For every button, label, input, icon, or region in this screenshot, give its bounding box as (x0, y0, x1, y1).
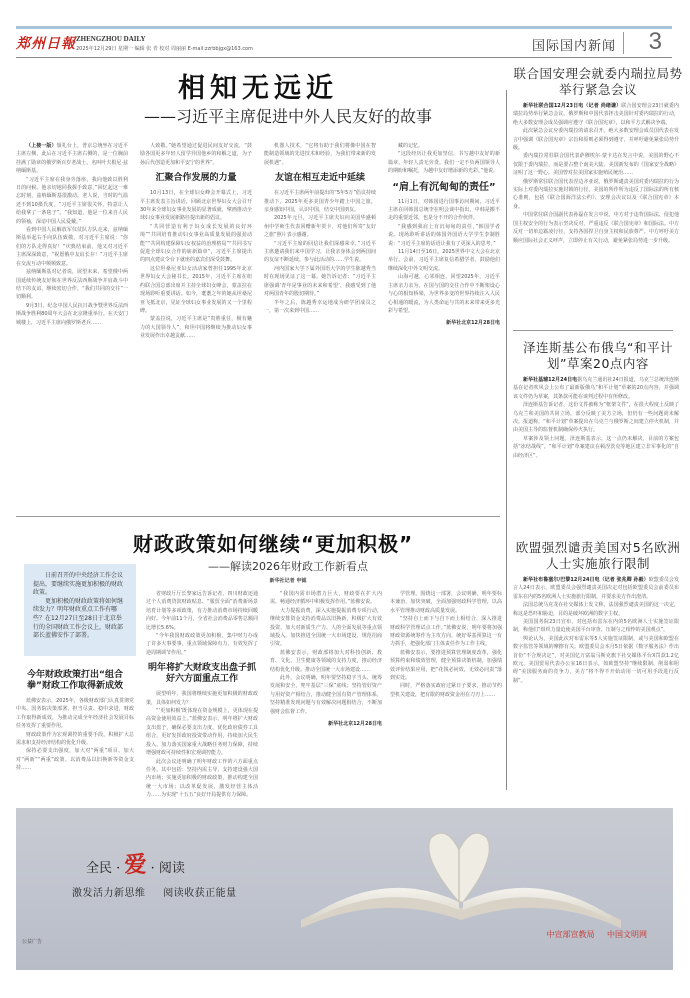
body-paragraph: 草案涉及领土问题。泽连斯基表示，这一点仍未解决，目前的方案包括“冻结战线”。“和… (513, 435, 679, 460)
paragraph-text: “坚持自上而下与自下而上相结合，深入推进财政科学管理试点工作。”蓝佛安说，明年要… (390, 616, 502, 647)
body-paragraph: 此次紧急会议应委内瑞拉的请求召开。绝大多数安理会成员国代表在发言中强调《联合国宪… (513, 127, 679, 152)
body-paragraph: 看到中国人民解放军仪仗队方队走来，兹纳缅斯基举起右手向队伍致敬，对习近平主席说：… (16, 226, 128, 268)
ad-slogan: 全民 · 爱 · 阅读 (86, 848, 185, 879)
eu-article-title[interactable]: 欧盟强烈谴责美国对5名欧洲人士实施旅行限制 (513, 540, 683, 572)
ad-slogan-left: 全民 (86, 861, 112, 876)
body-paragraph: 机器人技术，“它将有助于我们将像中国在智能制造领域的先进技术和经验，为我们带来新… (264, 142, 376, 167)
body-paragraph: 10月13日，在全球妇女峰会开幕式上，习近平主席发表主旨讲话，回顾北京世界妇女大… (140, 189, 252, 223)
body-paragraph: 此次会议还明确了明年财政工作的六方面重点任务。其中包括：坚持内需主导，支持建设强… (146, 758, 258, 800)
paragraph-text: 此外，会议明确，明年要坚持稳字当头、统筹发展和安全，兜牢基层“三保”底线；坚持管… (270, 675, 382, 715)
paragraph-text: 看到中国人民解放军仪仗队方队走来，兹纳缅斯基举起右手向队伍致敬，对习近平主席说：… (16, 227, 128, 267)
article2-column-4: 学管理。围绕这一部署，会议明确，明年要标本兼治，加快突破，全面加强财政科学管理，… (390, 590, 502, 800)
paragraph-text: 11月14日至16日，2025世界中文大会在北京举行。会前，习近平主席复信希腊学… (388, 249, 500, 272)
article1-column-2: 人致敬。”她希望通过促进民间友好交流，“鼓励各国更多年轻人留学异国他乡的和解之道… (140, 142, 252, 507)
paragraph-text: 中国常驻联合国副代表孙磊在发言中说，中方对于违背国际法、侵犯他国主权安全的行为表… (513, 212, 679, 243)
zelensky-article-title[interactable]: 泽连斯基公布俄乌“和平计划”草案20点内容 (513, 340, 683, 372)
body-paragraph: 委内瑞拉常驻联合国代表萨穆埃尔·蒙卡达在发言中说，美国的野心不仅限于委内瑞拉，而… (513, 152, 679, 177)
body-paragraph: 山海可越，心邻相连。回望2025年，习近平主席亲力亲为，在国与国的交往合作中不断… (388, 273, 500, 315)
body-paragraph: 大力提振消费，深入实施提振消费专项行动，继续安排资金支持消费品以旧换新，积极扩大… (270, 607, 382, 649)
body-paragraph: 蓝佛安表示，2025年，各级财政部门认真贯彻党中央、国务院决策部署，担当尽责、稳… (16, 697, 134, 731)
article1-column-4: 藏的记忆。“这段经历让我更加坚信，书写越中友好的新篇章，年轻人责无旁贷。我们一定… (388, 142, 500, 507)
paragraph-text: 10月13日，在全球妇女峰会开幕式上，习近平主席发表主旨讲话，回顾北京世界妇女大… (140, 190, 252, 221)
article2-column-2: 省财政厅厅长黎家远告诉记者，四川财政还通过个人消费贷款财政贴息、“服贸全面”消费… (146, 590, 258, 800)
paragraph-text: 展望明年，我国将继续实施更加积极的财政政策，具体如何发力？ (146, 691, 258, 705)
paragraph-text: 蓝佛安表示，要推进预算管理制度改革，强化预算约束和绩效管理，健全预算决策机制，加… (390, 650, 502, 681)
paragraph-text: 蒙盖拉说，习近平主席是“贵胜重任，极有魅力的大国领导人”，和坦中国将继续为推动妇… (140, 316, 252, 339)
section-subhead: “肩上有沉甸甸的责任” (388, 182, 500, 193)
newspaper-english-name: ZHENGZHOU DAILY (76, 35, 146, 43)
paragraph-text: 学管理。围绕这一部署，会议明确，明年要标本兼治，加快突破，全面加强财政科学管理，… (390, 591, 502, 614)
newspaper-page: 郑州日報 ZHENGZHOU DAILY 2025年12月29日 星期一 编辑 … (16, 0, 680, 998)
paragraph-text: 在习近平主席两年前提出的“5年5万”倡议持续推动下，2025年更多美国青少年踏上… (264, 190, 376, 213)
right-divider-1 (513, 330, 673, 331)
article1-column-1: （上接一版）颁礼台上，普京总统坐在习近平主席左侧，此后在习近平主席右侧的，是一位… (16, 142, 128, 507)
paragraph-text: 半年之后，陈越秀幸运地成为研学团成员之一，第一次来到中国…… (264, 300, 376, 314)
article2-title[interactable]: 财政政策如何继续“更加积极” (16, 528, 500, 557)
public-service-ad[interactable]: 全民 · 爱 · 阅读 激发活力新思维 阅读收获正能量 中宣部宣教局 (16, 808, 673, 970)
page-number: 3 (649, 28, 662, 56)
body-paragraph: “今年我国财政政策更加积极，集中财力办成了许多大事要事，重点领域保障有力，有效发… (146, 632, 258, 657)
section-subhead: 今年财政政策打出“组合拳”财政工作取得新成效 (16, 670, 134, 692)
paragraph-text: 此次紧急会议应委内瑞拉的请求召开。绝大多数安理会成员国代表在发言中强调《联合国宪… (513, 128, 679, 151)
paragraph-text: 俄罗斯常驻联合国代表涅边齐亚说，俄罗斯谴责美国对委内瑞拉的行为实际上对委内瑞拉实… (513, 179, 679, 210)
body-paragraph: 人致敬。”她希望通过促进民间友好交流，“鼓励各国更多年轻人留学异国他乡的和解之道… (140, 142, 252, 167)
paragraph-text: 11月1日，对韩国进行国事访问期间，习近平主席在回韩国总统李在明会谈中指出，中韩… (388, 199, 500, 222)
summary-paragraph: 更加积极的财政政策将如何继续发力？明年财政重点工作有哪些？在12月27日至28日… (33, 598, 127, 641)
body-paragraph: “坚持自上而下与自下而上相结合，深入推进财政科学管理试点工作。”蓝佛安说，明年要… (390, 615, 502, 649)
ad-sponsor-2: 中国文明网 (607, 930, 647, 939)
paragraph-text: 9月3日，纪念中国人民抗日战争暨世界反法西斯战争胜利80周年大会在北京隆重举行。… (16, 303, 128, 326)
body-paragraph: 蓝佛安表示，财政部将加大对科技创新、教育、文化、卫生健康等领域的支持力度，推动经… (270, 649, 382, 674)
masthead-top-rule (16, 26, 672, 29)
body-paragraph: 兹纳缅斯基对记者说，展望未来，希望俄中两国延续传统友好和在世界反法西斯战争并肩战… (16, 268, 128, 302)
section-name: 国际国内新闻 (532, 35, 616, 54)
body-paragraph: 蒙盖拉说，习近平主席是“贵胜重任，极有魅力的大国领导人”，和坦中国将继续为推动妇… (140, 315, 252, 340)
body-paragraph: 美国国务院23日宣布，对包括布雷东在内的5名欧洲人士实施签证限制，称他们“组织力… (513, 618, 679, 635)
paragraph-text: 此次会议还明确了明年财政工作的六方面重点任务。其中包括：坚持内需主导，支持建设强… (146, 759, 258, 799)
paragraph-text: 这位坦桑尼亚妇女活动家曾担任1995年北京世界妇女大会秘书长。2015年，习近平… (140, 266, 252, 314)
dateline-lead: 新华社基辅12月24日电 (523, 377, 577, 383)
paragraph-text: 蓝佛安表示，2025年，各级财政部门认真贯彻党中央、国务院决策部署，担当尽责、稳… (16, 698, 134, 729)
article2-summary-box: 日前召开的中央经济工作会议提出，要继续实施更加积极的财政政策。 更加积极的财政政… (24, 564, 136, 656)
body-paragraph: 在习近平主席两年前提出的“5年5万”倡议持续推动下，2025年更多美国青少年踏上… (264, 189, 376, 214)
paragraph-text: “今年我国财政政策更加积极，集中财力办成了许多大事要事，重点领域保障有力，有效发… (146, 633, 258, 656)
body-paragraph: “习近平主席在我身旁落座，我向他致以胜利日的问候。他亲切地同我握手致意，”回忆起… (16, 176, 128, 226)
paragraph-text: 兹纳缅斯基对记者说，展望未来，希望俄中两国延续传统友好和在世界反法西斯战争并肩战… (16, 269, 128, 300)
dateline: 新华社北京12月28日电 (270, 720, 382, 728)
paragraph-text: 泽连斯基告诉记者，这份文件被称为“框架文件”，在很大程度上反映了乌克兰和美国的共… (513, 402, 679, 433)
paragraph-text: “共同营造有利于妇女成长发展的良好环境”“共同培育推动妇女事业高质量发展的强劲动… (140, 224, 252, 264)
body-paragraph: 蓝佛安表示，要推进预算管理制度改革，强化预算约束和绩效管理，健全预算决策机制，加… (390, 649, 502, 683)
paragraph-text: 机器人技术，“它将有助于我们将像中国在智能制造领域的先进技术和经验，为我们带来新… (264, 143, 376, 166)
body-paragraph: “共同营造有利于妇女成长发展的良好环境”“共同培育推动妇女事业高质量发展的强劲动… (140, 223, 252, 265)
paragraph-text: 蓝佛安表示，财政部将加大对科技创新、教育、文化、卫生健康等领域的支持力度，推动经… (270, 650, 382, 673)
paragraph-text: “我国内需市场潜力巨大，财政要在扩大内需、畅通经济循环中积极发挥作用。”蓝佛安说… (270, 591, 382, 605)
body-paragraph: 11月1日，对韩国进行国事访问期间，习近平主席在回韩国总统李在明会谈中指出，中韩… (388, 198, 500, 223)
paragraph-text: 法国总统马克龙在社交媒体上发文称，法国强烈谴责美国的这一决定，称这是恐吓和胁迫，… (513, 602, 679, 616)
paragraph-text: 省财政厅厅长黎家远告诉记者，四川财政还通过个人消费贷款财政贴息、“服贸全面”消费… (146, 591, 258, 631)
paragraph-text: 人致敬。”她希望通过促进民间友好交流，“鼓励各国更多年轻人留学异国他乡的和解之道… (140, 143, 252, 166)
ad-slogan-love: 爱 (124, 852, 146, 878)
body-paragraph: 新华社基辅12月24日电据乌克兰通讯社24日报道，乌克兰总统泽连斯基在记者吹风会… (513, 376, 679, 401)
body-paragraph: 保持必要支出强度，加大对“两重”项目、加大对“两新”“两重”政策、以消费品以旧换… (16, 747, 134, 772)
newspaper-logo: 郑州日報 (16, 33, 76, 53)
body-paragraph: 省财政厅厅长黎家远告诉记者，四川财政还通过个人消费贷款财政贴息、“服贸全面”消费… (146, 590, 258, 632)
paragraph-text: 委内瑞拉常驻联合国代表萨穆埃尔·蒙卡达在发言中说，美国的野心不仅限于委内瑞拉，而… (513, 153, 679, 176)
body-paragraph: “‘更加积极’既体现在资金规模上，更体现在提高资金使用效益上。”蓝佛安表示，明年… (146, 707, 258, 757)
body-paragraph: 新华社联合国12月23日电（记者 尚绪谦）联合国安理会23日就委内瑞拉局势举行紧… (513, 102, 679, 127)
paragraph-text: “这段经历让我更加坚信，书写越中友好的新篇章，年轻人责无旁贷。我们一定不负两国领… (388, 151, 500, 174)
paragraph-text: “习近平主席在我身旁落座，我向他致以胜利日的问候。他亲切地同我握手致意，”回忆起… (16, 177, 128, 225)
body-paragraph: 泽连斯基告诉记者，这份文件被称为“框架文件”，在很大程度上反映了乌克兰和美国的共… (513, 401, 679, 435)
ad-sponsor-1: 中宣部宣教局 (546, 930, 594, 939)
article1-column-3: 机器人技术，“它将有助于我们将像中国在智能制造领域的先进技术和经验，为我们带来新… (264, 142, 376, 507)
paragraph-text: “习近平主席的回信让我们深感荣幸，”习近平主席邀请我们来中国学习，让我亲身体会到… (264, 241, 376, 264)
body-paragraph: 此外，会议明确，明年要坚持稳字当头、统筹发展和安全，兜牢基层“三保”底线；坚持管… (270, 674, 382, 716)
body-paragraph: “这段经历让我更加坚信，书写越中友好的新篇章，年轻人责无旁贷。我们一定不负两国领… (388, 150, 500, 175)
article1-title[interactable]: 相知无远近 (16, 66, 500, 105)
summary-paragraph: 日前召开的中央经济工作会议提出，要继续实施更加积极的财政政策。 (33, 572, 127, 598)
body-paragraph: 法国总统马克龙在社交媒体上发文称，法国强烈谴责美国的这一决定，称这是恐吓和胁迫，… (513, 601, 679, 618)
article-divider (16, 516, 500, 517)
paragraph-text: 2025年元旦，习近平主席夫妇向美国华盛顿州中学师生代表回赠新年贺卡，对他们所寄… (264, 215, 376, 238)
zelensky-article-body: 新华社基辅12月24日电据乌克兰通讯社24日报道，乌克兰总统泽连斯基在记者吹风会… (513, 376, 679, 526)
ad-sponsors: 中宣部宣教局 中国文明网 (536, 929, 647, 940)
article1-subtitle: ——习近平主席促进中外人民友好的故事 (16, 104, 500, 127)
paragraph-text: 美国国务院23日宣布，对包括布雷东在内的5名欧洲人士实施签证限制，称他们“组织力… (513, 619, 679, 633)
body-paragraph: 俄罗斯常驻联合国代表涅边齐亚说，俄罗斯谴责美国对委内瑞拉的行为实际上对委内瑞拉实… (513, 178, 679, 212)
body-paragraph: （上接一版）颁礼台上，普京总统坐在习近平主席左侧，此后在习近平主席右侧的，是一位… (16, 142, 128, 176)
dateline-lead: 新华社联合国12月23日电（记者 尚绪谦） (523, 103, 621, 109)
paragraph-text: 河内国家大学下属外国语大学的学生陈越秀当时在现场见证了这一幕。她告诉记者：“习近… (264, 266, 376, 297)
body-paragraph: “习近平主席的回信让我们深感荣幸，”习近平主席邀请我们来中国学习，让我亲身体会到… (264, 240, 376, 265)
ad-dot: · (116, 861, 120, 876)
section-subhead: 汇聚合作发展的力量 (140, 173, 252, 184)
section-subhead: 友谊在相互走近中延续 (264, 173, 376, 184)
paragraph-text: “‘更加积极’既体现在资金规模上，更体现在提高资金使用效益上。”蓝佛安表示，明年… (146, 708, 258, 756)
paragraph-text: 山海可越，心邻相连。回望2025年，习近平主席亲力亲为，在国与国的交往合作中不断… (388, 274, 500, 314)
eu-article-body: 新华社布鲁塞尔/巴黎12月24日电（记者 张兆卿 孙毅）欧盟委员会发言人24日表… (513, 576, 679, 798)
paragraph-text: 财政政策作为宏观调控的重要手段，积极扩大总需求和支持经济结构的优化升级。 (16, 732, 134, 746)
body-paragraph: “我感到我肩上有沉甸甸的责任，”韩国学者说。现场聆听讲话的韩国外国语大学学生李制… (388, 223, 500, 248)
body-paragraph: 半年之后，陈越秀幸运地成为研学团成员之一，第一次来到中国…… (264, 299, 376, 316)
body-paragraph: 2025年元旦，习近平主席夫妇向美国华盛顿州中学师生代表回赠新年贺卡，对他们所寄… (264, 214, 376, 239)
dateline-lead: 新华社布鲁塞尔/巴黎12月24日电（记者 张兆卿 孙毅） (523, 577, 649, 583)
paragraph-text: 保持必要支出强度，加大对“两重”项目、加大对“两新”“两重”政策、以消费品以旧换… (16, 748, 134, 771)
body-paragraph: 11月14日至16日，2025世界中文大会在北京举行。会前，习近平主席复信希腊学… (388, 248, 500, 273)
paragraph-text: “我感到我肩上有沉甸甸的责任，”韩国学者说。现场聆听讲话的韩国外国语大学学生李制… (388, 224, 500, 247)
ad-dot: · (151, 861, 155, 876)
body-paragraph: 学管理。围绕这一部署，会议明确，明年要标本兼治，加快突破，全面加强财政科学管理，… (390, 590, 502, 615)
body-paragraph: 展望明年，我国将继续实施更加积极的财政政策，具体如何发力？ (146, 690, 258, 707)
ad-tagline-1: 激发活力新思维 (72, 888, 146, 899)
body-paragraph: 舆论认为，美国此次对布雷东等5人实施签证限制，或与美国和欧盟在数字监管等领域的摩… (513, 635, 679, 685)
body-paragraph: 新华社布鲁塞尔/巴黎12月24日电（记者 张兆卿 孙毅）欧盟委员会发言人24日表… (513, 576, 679, 601)
article2-column-1: 今年财政政策打出“组合拳”财政工作取得新成效蓝佛安表示，2025年，各级财政部门… (16, 664, 134, 799)
body-paragraph: 同时，严格落实政府过紧日子要求，推动节约型机关建设，把有限的财政资金用在刀刃上…… (390, 682, 502, 699)
body-paragraph: 河内国家大学下属外国语大学的学生陈越秀当时在现场见证了这一幕。她告诉记者：“习近… (264, 265, 376, 299)
un-article-body: 新华社联合国12月23日电（记者 尚绪谦）联合国安理会23日就委内瑞拉局势举行紧… (513, 102, 679, 322)
dateline: 新华社北京12月28日电 (388, 319, 500, 327)
paragraph-text: 藏的记忆。 (398, 143, 423, 149)
body-paragraph: 藏的记忆。 (388, 142, 500, 150)
paragraph-text: 草案涉及领土问题。泽连斯基表示，这一点仍未解决，目前的方案包括“冻结战线”。“和… (513, 436, 679, 459)
body-paragraph: 这位坦桑尼亚妇女活动家曾担任1995年北京世界妇女大会秘书长。2015年，习近平… (140, 265, 252, 315)
article2-column-3: “我国内需市场潜力巨大，财政要在扩大内需、畅通经济循环中积极发挥作用。”蓝佛安说… (270, 590, 382, 800)
body-paragraph: 中国常驻联合国副代表孙磊在发言中说，中方对于违背国际法、侵犯他国主权安全的行为表… (513, 211, 679, 245)
body-paragraph: 9月3日，纪念中国人民抗日战争暨世界反法西斯战争胜利80周年大会在北京隆重举行。… (16, 302, 128, 327)
un-article-title[interactable]: 联合国安理会就委内瑞拉局势举行紧急会议 (513, 66, 683, 98)
paragraph-text: 舆论认为，美国此次对布雷东等5人实施签证限制，或与美国和欧盟在数字监管等领域的摩… (513, 636, 679, 684)
ad-tagline: 激发活力新思维 阅读收获正能量 (72, 884, 251, 899)
paragraph-text: 大力提振消费，深入实施提振消费专项行动，继续安排资金支持消费品以旧换新，积极扩大… (270, 608, 382, 648)
masthead: 郑州日報 ZHENGZHOU DAILY 2025年12月29日 星期一 编辑 … (16, 30, 672, 58)
open-book-heart-icon (291, 828, 631, 938)
ad-label: 公益广告 (22, 938, 42, 945)
edition-meta: 2025年12月29日 星期一 编辑 张 青 校对 周丽丽 E-mail:zzr… (76, 45, 253, 52)
section-subhead: 明年将扩大财政支出盘子抓好六方面重点工作 (146, 663, 258, 685)
page-number-divider (623, 32, 624, 54)
paragraph-text: 同时，严格落实政府过紧日子要求，推动节约型机关建设，把有限的财政资金用在刀刃上…… (390, 683, 502, 697)
body-paragraph: 财政政策作为宏观调控的重要手段，积极扩大总需求和支持经济结构的优化升级。 (16, 731, 134, 748)
body-paragraph: “我国内需市场潜力巨大，财政要在扩大内需、畅通经济循环中积极发挥作用。”蓝佛安说… (270, 590, 382, 607)
dateline-lead: （上接一版） (26, 143, 57, 149)
ad-tagline-2: 阅读收获正能量 (163, 888, 237, 899)
ad-slogan-right: 阅读 (159, 861, 185, 876)
column-divider (506, 90, 507, 790)
